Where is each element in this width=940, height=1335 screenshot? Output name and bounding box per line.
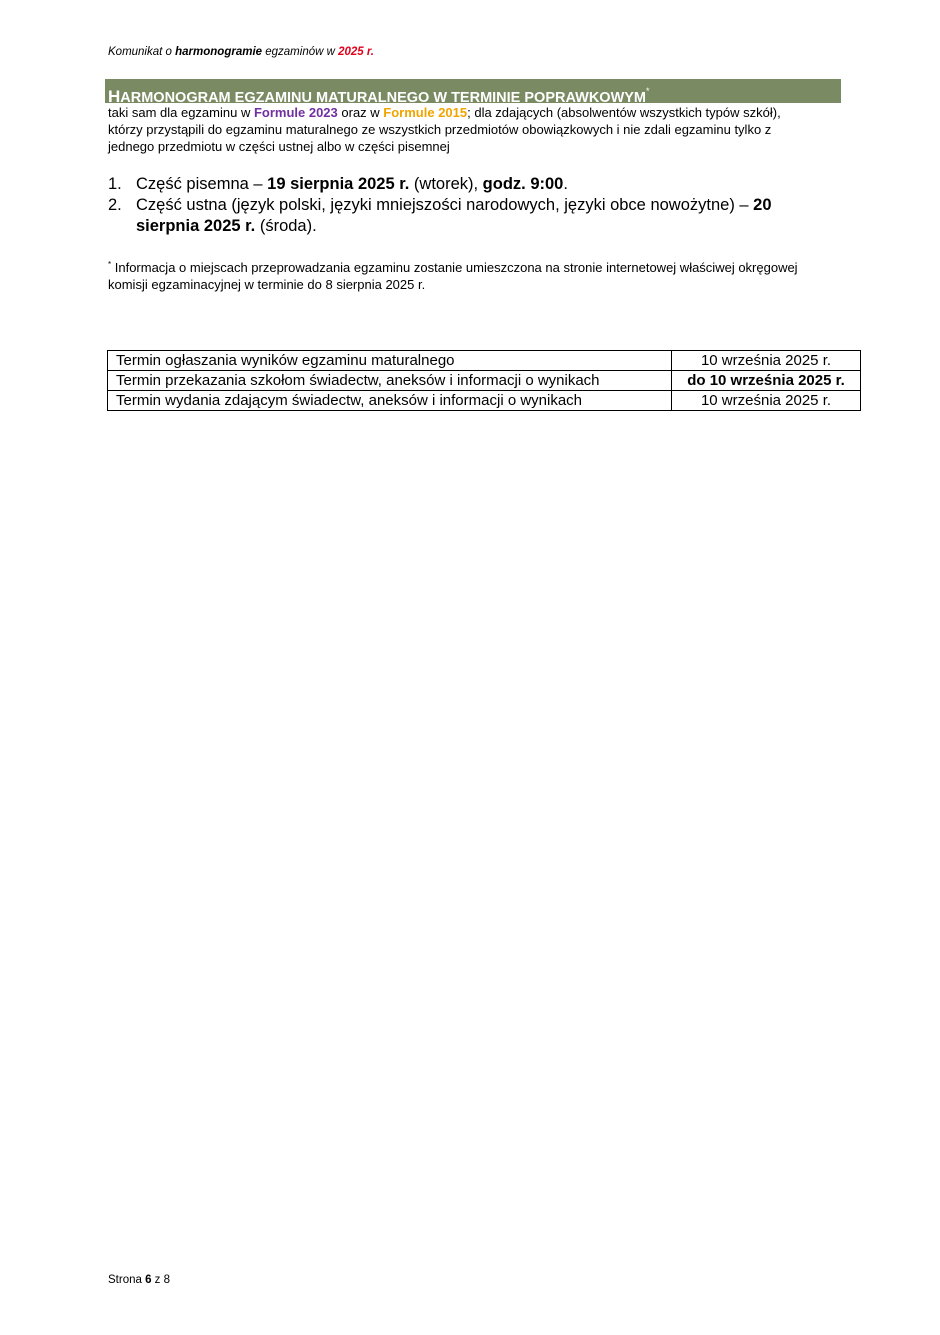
results-dates-table: Termin ogłaszania wyników egzaminu matur… [107,350,861,411]
row-value: 10 września 2025 r. [672,351,861,371]
header-prefix: Komunikat o [108,46,175,58]
page-number: Strona 6 z 8 [108,1274,170,1286]
header-bold-word: harmonogramie [175,46,262,58]
row-label: Termin przekazania szkołom świadectw, an… [108,371,672,391]
page-sep: z [151,1274,163,1286]
intro-text: taki sam dla egzaminu w [108,105,254,120]
table-row: Termin wydania zdającym świadectw, aneks… [108,391,861,411]
step-date: 19 sierpnia 2025 r. [267,175,409,193]
step-text: . [563,175,568,193]
step-text: Część ustna (język polski, języki mniejs… [136,196,753,214]
section-banner: HARMONOGRAM EGZAMINU MATURALNEGO W TERMI… [105,79,841,103]
page-total: 8 [164,1274,170,1286]
running-header: Komunikat o harmonogramie egzaminów w 20… [108,46,374,58]
formula-2015: Formule 2015 [383,105,467,120]
intro-text: oraz w [338,105,384,120]
step-text: (wtorek), [409,175,482,193]
row-label: Termin wydania zdającym świadectw, aneks… [108,391,672,411]
step-number: 1. [108,174,122,195]
formula-2023: Formule 2023 [254,105,338,120]
page-word: Strona [108,1274,145,1286]
step-time: godz. 9:00 [483,175,564,193]
table-row: Termin ogłaszania wyników egzaminu matur… [108,351,861,371]
banner-footnote-mark: * [646,86,650,96]
header-year: 2025 r. [338,46,374,58]
row-value: do 10 września 2025 r. [672,371,861,391]
footnote-text: Informacja o miejscach przeprowadzania e… [108,260,798,292]
step-number: 2. [108,195,122,216]
row-value: 10 września 2025 r. [672,391,861,411]
intro-paragraph: taki sam dla egzaminu w Formule 2023 ora… [108,104,818,155]
step-text: Część pisemna – [136,175,267,193]
table-row: Termin przekazania szkołom świadectw, an… [108,371,861,391]
footnote: * Informacja o miejscach przeprowadzania… [108,256,828,293]
header-middle: egzaminów w [262,46,338,58]
exam-steps-list: 1.Część pisemna – 19 sierpnia 2025 r. (w… [108,174,828,237]
step-oral: 2.Część ustna (język polski, języki mnie… [108,195,828,237]
step-text: (środa). [255,217,316,235]
row-label: Termin ogłaszania wyników egzaminu matur… [108,351,672,371]
step-written: 1.Część pisemna – 19 sierpnia 2025 r. (w… [108,174,828,195]
